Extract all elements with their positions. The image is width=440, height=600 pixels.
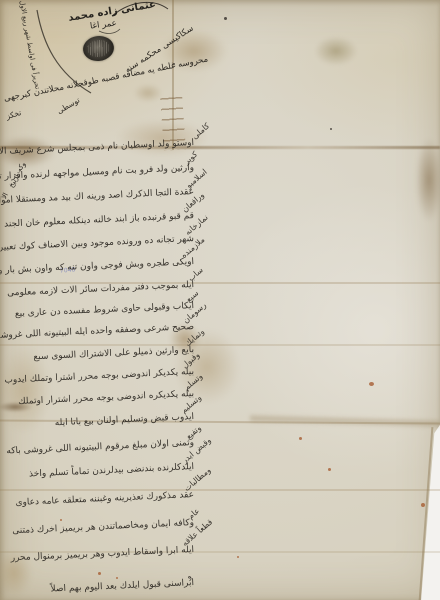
rust-speck (369, 382, 374, 386)
ink-fleck (330, 128, 332, 130)
rust-speck (98, 572, 101, 575)
rust-speck (328, 468, 331, 471)
rust-speck (299, 437, 302, 440)
rust-speck (237, 556, 239, 558)
rust-speck (60, 519, 62, 521)
manuscript-photo: عثمانى زاده محمد عمر اغا تحريراً فى اواس… (0, 0, 440, 600)
ink-fleck (224, 17, 227, 20)
rust-speck (421, 503, 425, 507)
